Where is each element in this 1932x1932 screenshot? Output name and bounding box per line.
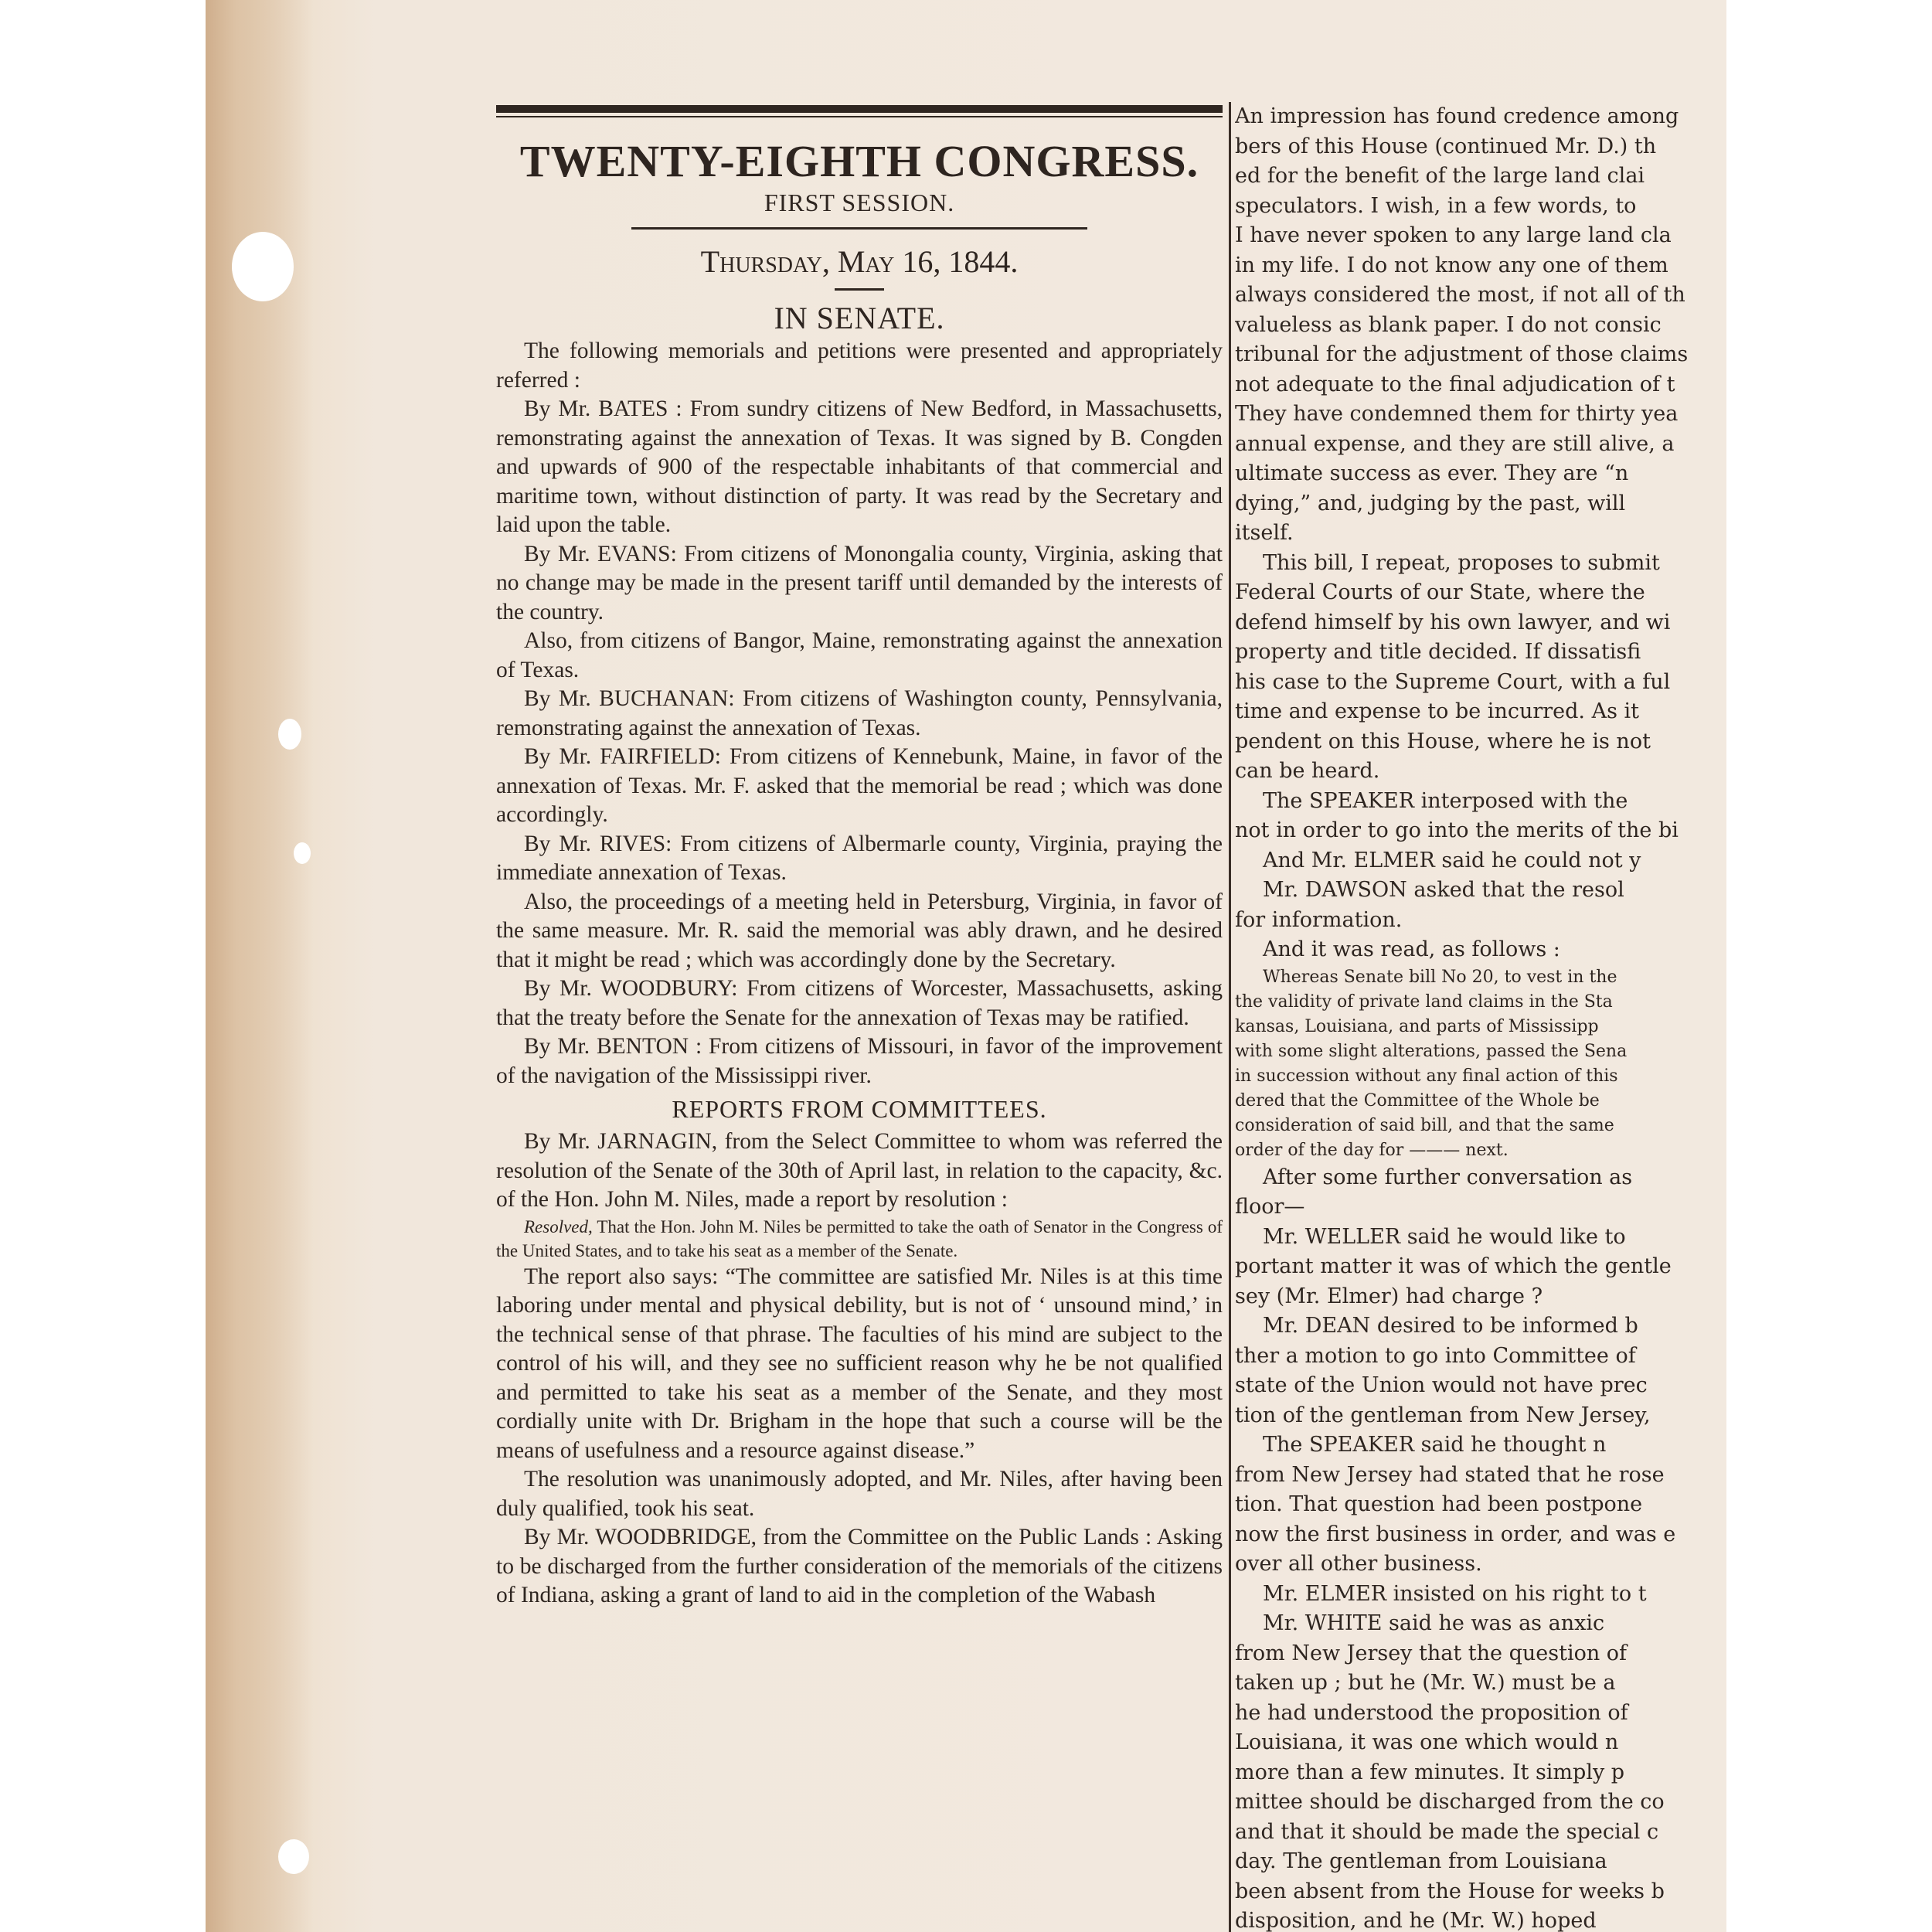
resolved-label: Resolved, xyxy=(524,1217,593,1236)
column-divider xyxy=(1229,102,1231,1932)
text-line: Mr. DAWSON asked that the resol xyxy=(1235,876,1726,906)
resolution-line: Whereas Senate bill No 20, to vest in th… xyxy=(1235,965,1726,990)
petition-paragraph: By Mr. WOODBURY: From citizens of Worces… xyxy=(496,975,1223,1032)
text-line: tribunal for the adjustment of those cla… xyxy=(1235,340,1726,370)
text-line: The SPEAKER said he thought n xyxy=(1235,1430,1726,1461)
torn-hole xyxy=(294,842,311,864)
text-line: And Mr. ELMER said he could not y xyxy=(1235,846,1726,876)
reports-heading: REPORTS FROM COMMITTEES. xyxy=(496,1094,1223,1124)
text-line: Federal Courts of our State, where the xyxy=(1235,578,1726,608)
text-line: over all other business. xyxy=(1235,1549,1726,1580)
text-line: in my life. I do not know any one of the… xyxy=(1235,251,1726,281)
petitions-list: By Mr. BATES : From sundry citizens of N… xyxy=(496,395,1223,1090)
text-line: ed for the benefit of the large land cla… xyxy=(1235,162,1726,192)
text-line: portant matter it was of which the gentl… xyxy=(1235,1252,1726,1282)
petition-paragraph: Also, the proceedings of a meeting held … xyxy=(496,888,1223,975)
text-line: from New Jersey that the question of xyxy=(1235,1639,1726,1669)
text-line: and that it should be made the special c xyxy=(1235,1818,1726,1848)
text-line: ultimate success as ever. They are “n xyxy=(1235,459,1726,489)
petition-paragraph: By Mr. BATES : From sundry citizens of N… xyxy=(496,395,1223,540)
torn-hole xyxy=(232,232,294,301)
resolution-line: dered that the Committee of the Whole be xyxy=(1235,1089,1726,1114)
text-line: taken up ; but he (Mr. W.) must be a xyxy=(1235,1668,1726,1699)
text-line: And it was read, as follows : xyxy=(1235,935,1726,965)
text-line: valueless as blank paper. I do not consi… xyxy=(1235,311,1726,341)
resolution-paragraph: Resolved, That the Hon. John M. Niles be… xyxy=(496,1215,1223,1263)
text-line: sey (Mr. Elmer) had charge ? xyxy=(1235,1282,1726,1312)
congress-title: TWENTY-EIGHTH CONGRESS. xyxy=(496,136,1223,187)
text-line: Louisiana, it was one which would n xyxy=(1235,1728,1726,1758)
resolution-line: kansas, Louisiana, and parts of Mississi… xyxy=(1235,1015,1726,1039)
petition-paragraph: By Mr. BUCHANAN: From citizens of Washin… xyxy=(496,685,1223,743)
text-line: Mr. WELLER said he would like to xyxy=(1235,1223,1726,1253)
body-paragraph: By Mr. WOODBRIDGE, from the Committee on… xyxy=(496,1523,1223,1611)
text-line: defend himself by his own lawyer, and wi xyxy=(1235,608,1726,638)
petition-paragraph: By Mr. BENTON : From citizens of Missour… xyxy=(496,1032,1223,1090)
text-line: They have condemned them for thirty yea xyxy=(1235,400,1726,430)
text-line: mittee should be discharged from the co xyxy=(1235,1787,1726,1818)
resolved-text: That the Hon. John M. Niles be permitted… xyxy=(496,1217,1223,1260)
text-line: day. The gentleman from Louisiana xyxy=(1235,1847,1726,1877)
text-line: ther a motion to go into Committee of xyxy=(1235,1342,1726,1372)
text-line: more than a few minutes. It simply p xyxy=(1235,1758,1726,1788)
left-column: TWENTY-EIGHTH CONGRESS. FIRST SESSION. T… xyxy=(496,105,1223,1611)
text-line: now the first business in order, and was… xyxy=(1235,1520,1726,1550)
text-line: The SPEAKER interposed with the xyxy=(1235,787,1726,817)
body-paragraph: The resolution was unanimously adopted, … xyxy=(496,1465,1223,1523)
petition-paragraph: Also, from citizens of Bangor, Maine, re… xyxy=(496,627,1223,685)
right-small-lines: Whereas Senate bill No 20, to vest in th… xyxy=(1235,965,1726,1163)
petition-paragraph: By Mr. FAIRFIELD: From citizens of Kenne… xyxy=(496,743,1223,830)
resolution-line: in succession without any final action o… xyxy=(1235,1064,1726,1089)
text-line: Mr. WHITE said he was as anxic xyxy=(1235,1609,1726,1639)
text-line: I have never spoken to any large land cl… xyxy=(1235,221,1726,251)
text-line: Mr. DEAN desired to be informed b xyxy=(1235,1311,1726,1342)
report-paragraph: By Mr. JARNAGIN, from the Select Committ… xyxy=(496,1128,1223,1215)
torn-hole xyxy=(278,719,301,750)
text-line: time and expense to be incurred. As it xyxy=(1235,697,1726,727)
text-line: been absent from the House for weeks b xyxy=(1235,1877,1726,1907)
text-line: tion. That question had been postpone xyxy=(1235,1490,1726,1520)
text-line: for information. xyxy=(1235,906,1726,936)
resolution-line: order of the day for ——— next. xyxy=(1235,1138,1726,1163)
resolution-line: consideration of said bill, and that the… xyxy=(1235,1114,1726,1138)
torn-hole xyxy=(278,1839,309,1874)
text-line: annual expense, and they are still alive… xyxy=(1235,430,1726,460)
text-line: always considered the most, if not all o… xyxy=(1235,281,1726,311)
divider xyxy=(835,288,884,291)
intro-paragraph: The following memorials and petitions we… xyxy=(496,337,1223,395)
text-line: itself. xyxy=(1235,519,1726,549)
text-line: state of the Union would not have prec xyxy=(1235,1371,1726,1401)
after-list: The report also says: “The committee are… xyxy=(496,1263,1223,1611)
text-line: not in order to go into the merits of th… xyxy=(1235,816,1726,846)
text-line: pendent on this House, where he is not xyxy=(1235,727,1726,757)
text-line: This bill, I repeat, proposes to submit xyxy=(1235,549,1726,579)
text-line: tion of the gentleman from New Jersey, xyxy=(1235,1401,1726,1431)
date-line: Thursday, May 16, 1844. xyxy=(496,243,1223,281)
text-line: floor— xyxy=(1235,1192,1726,1223)
text-line: disposition, and he (Mr. W.) hoped xyxy=(1235,1906,1726,1932)
body-paragraph: The report also says: “The committee are… xyxy=(496,1263,1223,1466)
text-line: his case to the Supreme Court, with a fu… xyxy=(1235,668,1726,698)
text-line: from New Jersey had stated that he rose xyxy=(1235,1461,1726,1491)
text-line: he had understood the proposition of xyxy=(1235,1699,1726,1729)
text-line: dying,” and, judging by the past, will xyxy=(1235,489,1726,519)
text-line: After some further conversation as xyxy=(1235,1163,1726,1193)
petition-paragraph: By Mr. RIVES: From citizens of Albermarl… xyxy=(496,830,1223,888)
chamber-heading: IN SENATE. xyxy=(496,300,1223,337)
text-line: property and title decided. If dissatisf… xyxy=(1235,638,1726,668)
right-column: An impression has found credence amongbe… xyxy=(1235,102,1726,1932)
resolution-line: the validity of private land claims in t… xyxy=(1235,990,1726,1015)
masthead-rule xyxy=(496,105,1223,113)
session-title: FIRST SESSION. xyxy=(496,187,1223,218)
masthead-rule-thin xyxy=(496,116,1223,117)
text-line: not adequate to the final adjudication o… xyxy=(1235,370,1726,400)
text-line: speculators. I wish, in a few words, to xyxy=(1235,192,1726,222)
right-lines: An impression has found credence amongbe… xyxy=(1235,102,1726,965)
text-line: An impression has found credence among xyxy=(1235,102,1726,132)
resolution-line: with some slight alterations, passed the… xyxy=(1235,1039,1726,1064)
text-line: bers of this House (continued Mr. D.) th xyxy=(1235,132,1726,162)
text-line: Mr. ELMER insisted on his right to t xyxy=(1235,1580,1726,1610)
petition-paragraph: By Mr. EVANS: From citizens of Monongali… xyxy=(496,540,1223,628)
right-lines-2: After some further conversation asfloor—… xyxy=(1235,1163,1726,1932)
text-line: can be heard. xyxy=(1235,757,1726,787)
divider xyxy=(631,227,1087,230)
